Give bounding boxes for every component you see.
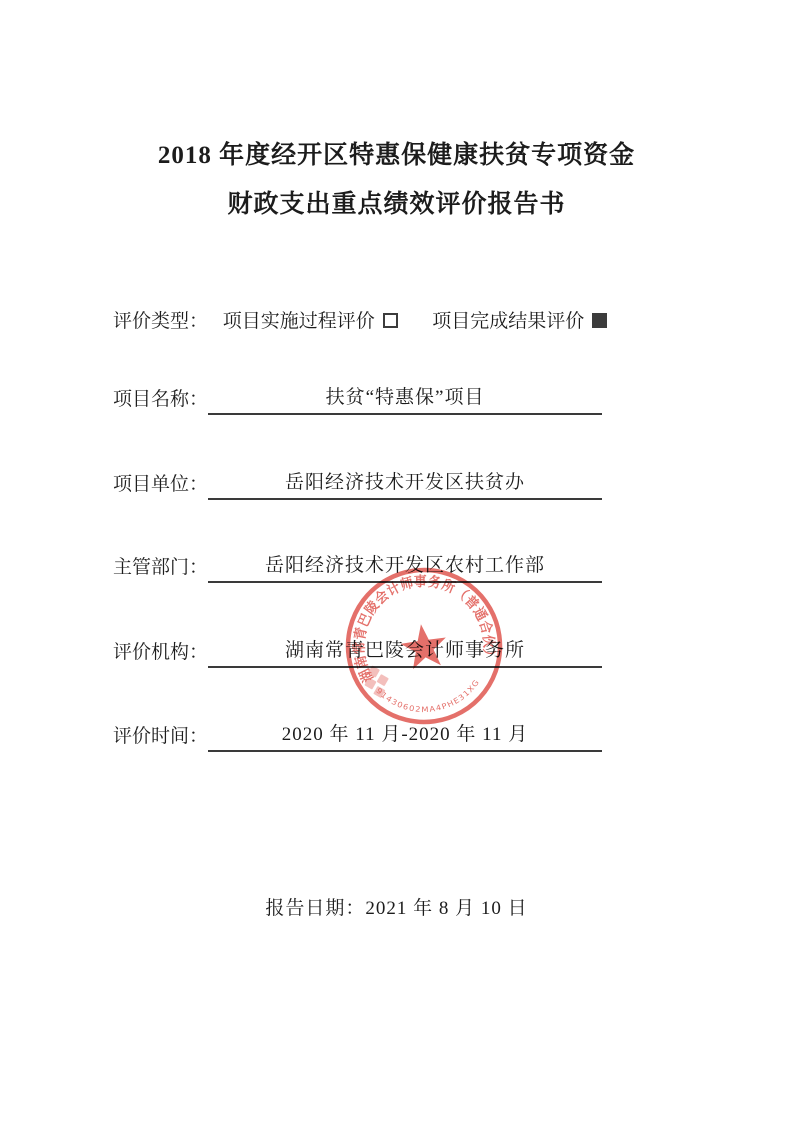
report-date-label: 报告日期： (265, 898, 365, 919)
report-title: 2018 年度经开区特惠保健康扶贫专项资金 财政支出重点绩效评价报告书 (0, 131, 793, 229)
project-name-label: 项目名称： (113, 384, 208, 415)
project-name-value: 扶贫“特惠保”项目 (208, 382, 602, 415)
evaluation-option-process: 项目实施过程评价 (223, 306, 398, 333)
report-title-line1: 2018 年度经开区特惠保健康扶贫专项资金 (0, 131, 793, 180)
project-unit-label: 项目单位： (113, 469, 208, 500)
report-cover-page: 2018 年度经开区特惠保健康扶贫专项资金 财政支出重点绩效评价报告书 评价类型… (0, 0, 793, 1121)
result-evaluation-checkbox-checked (592, 313, 607, 328)
evaluation-type-label: 评价类型： (113, 311, 208, 332)
report-date: 报告日期：2021 年 8 月 10 日 (0, 893, 793, 920)
evaluation-option-process-label: 项目实施过程评价 (223, 311, 375, 332)
report-date-value: 2021 年 8 月 10 日 (365, 898, 527, 919)
evaluation-type-row: 评价类型： 项目实施过程评价 项目完成结果评价 (113, 306, 607, 333)
supervising-department-label: 主管部门： (113, 552, 208, 583)
evaluation-agency-label: 评价机构： (113, 637, 208, 668)
evaluation-option-result-label: 项目完成结果评价 (432, 311, 584, 332)
field-row-project-name: 项目名称： 扶贫“特惠保”项目 (113, 382, 602, 415)
process-evaluation-checkbox-unchecked (383, 313, 398, 328)
company-seal-stamp: 湖南常青巴陵会计师事务所（普通合伙） 91430602MA4PHE31XG (327, 549, 521, 743)
report-title-line2: 财政支出重点绩效评价报告书 (0, 180, 793, 229)
project-unit-value: 岳阳经济技术开发区扶贫办 (208, 467, 602, 500)
evaluation-option-result: 项目完成结果评价 (432, 306, 607, 333)
seal-star-icon (398, 621, 449, 670)
evaluation-period-label: 评价时间： (113, 721, 208, 752)
field-row-project-unit: 项目单位： 岳阳经济技术开发区扶贫办 (113, 467, 602, 500)
